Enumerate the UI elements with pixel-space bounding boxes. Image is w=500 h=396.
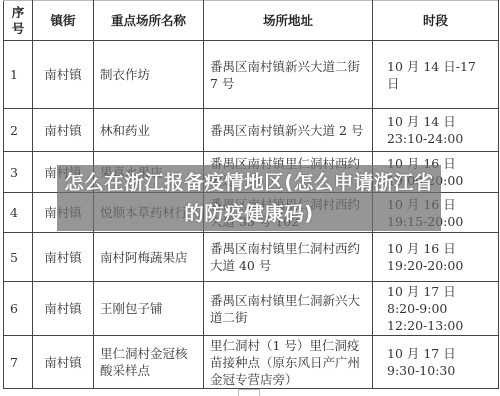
- row-period: 10 月 14 日-17 日: [373, 41, 499, 109]
- row-venue: 王刚包子铺: [94, 282, 204, 336]
- row-venue: 南村阿梅蔬果店: [94, 233, 204, 282]
- header-period: 时段: [373, 1, 499, 41]
- page-tab-marker: [238, 389, 260, 396]
- row-town: 南村镇: [33, 41, 94, 109]
- row-address: 番禺区南村镇新兴大道 2 号: [204, 109, 373, 152]
- row-town: 南村镇: [33, 282, 94, 336]
- row-seq: 7: [4, 336, 33, 389]
- row-seq: 1: [4, 41, 33, 109]
- row-seq: 2: [4, 109, 33, 152]
- row-period: 10 月 17 日8:20-9:0012:20-13:00: [373, 282, 499, 336]
- row-address: 番禺区南村镇新兴大道二街 7 号: [204, 41, 373, 109]
- table-row: 5 南村镇 南村阿梅蔬果店 番禺区南村镇里仁洞村西约大道 40 号 10 月 1…: [4, 233, 499, 282]
- row-town: 南村镇: [33, 109, 94, 152]
- row-seq: 6: [4, 282, 33, 336]
- row-venue: 制衣作坊: [94, 41, 204, 109]
- header-town: 镇街: [33, 1, 94, 41]
- row-seq: 3: [4, 152, 33, 193]
- row-town: 南村镇: [33, 233, 94, 282]
- table-row: 7 南村镇 里仁洞村金冠核酸采样点 里仁洞村（1 号）里仁洞疫苗接种点（原东风日…: [4, 336, 499, 389]
- row-seq: 4: [4, 193, 33, 233]
- row-venue: 林和药业: [94, 109, 204, 152]
- row-period: 10 月 14 日23:10-24:00: [373, 109, 499, 152]
- table-header-row: 序号 镇街 重点场所名称 场所地址 时段: [4, 1, 499, 41]
- overlay-title: 怎么在浙江报备疫情地区(怎么申请浙江省的防疫健康码): [57, 167, 441, 229]
- row-seq: 5: [4, 233, 33, 282]
- header-seq: 序号: [4, 1, 33, 41]
- row-period: 10 月 17 日9:30-10:30: [373, 336, 499, 389]
- row-period: 10 月 16 日19:20-20:00: [373, 233, 499, 282]
- table-row: 1 南村镇 制衣作坊 番禺区南村镇新兴大道二街 7 号 10 月 14 日-17…: [4, 41, 499, 109]
- table-row: 6 南村镇 王刚包子铺 番禺区南村镇里仁洞新兴大道二街 10 月 17 日8:2…: [4, 282, 499, 336]
- row-address: 番禺区南村镇里仁洞新兴大道二街: [204, 282, 373, 336]
- row-town: 南村镇: [33, 336, 94, 389]
- row-venue: 里仁洞村金冠核酸采样点: [94, 336, 204, 389]
- row-address: 番禺区南村镇里仁洞村西约大道 40 号: [204, 233, 373, 282]
- header-address: 场所地址: [204, 1, 373, 41]
- row-address: 里仁洞村（1 号）里仁洞疫苗接种点（原东风日产广州金冠专营店旁）: [204, 336, 373, 389]
- table-row: 2 南村镇 林和药业 番禺区南村镇新兴大道 2 号 10 月 14 日23:10…: [4, 109, 499, 152]
- header-venue: 重点场所名称: [94, 1, 204, 41]
